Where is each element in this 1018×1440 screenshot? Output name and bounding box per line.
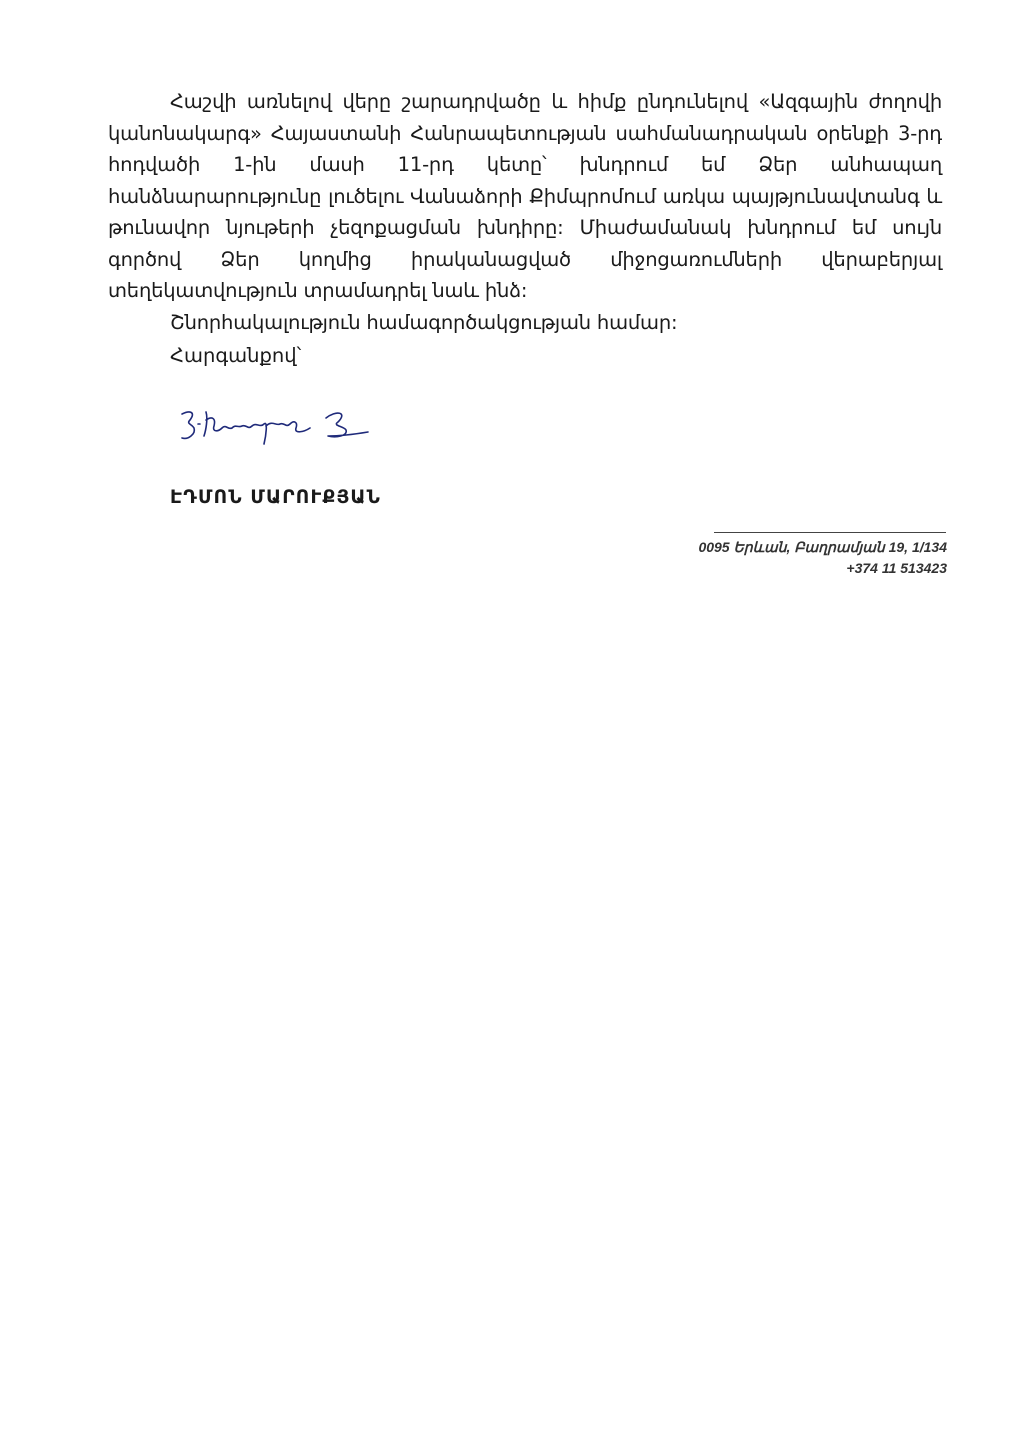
signature-icon <box>176 402 376 452</box>
footer-phone: +374 11 513423 <box>698 558 947 579</box>
thanks-paragraph: Շնորհակալություն համագործակցության համար… <box>108 307 942 339</box>
closing-salutation: Հարգանքով՝ <box>170 341 301 371</box>
footer-address: 0095 Երևան, Բաղրամյան 19, 1/134 <box>698 537 947 558</box>
letter-body: Հաշվի առնելով վերը շարադրվածը և հիմք ընդ… <box>108 86 942 338</box>
body-paragraph: Հաշվի առնելով վերը շարադրվածը և հիմք ընդ… <box>108 86 942 307</box>
footer-divider <box>714 532 946 533</box>
signer-name: ԷԴՄՈՆ ՄԱՐՈՒՔՅԱՆ <box>170 487 381 508</box>
footer-contact: 0095 Երևան, Բաղրամյան 19, 1/134 +374 11 … <box>698 537 947 579</box>
document-page: Հաշվի առնելով վերը շարադրվածը և հիմք ընդ… <box>0 0 1018 1440</box>
